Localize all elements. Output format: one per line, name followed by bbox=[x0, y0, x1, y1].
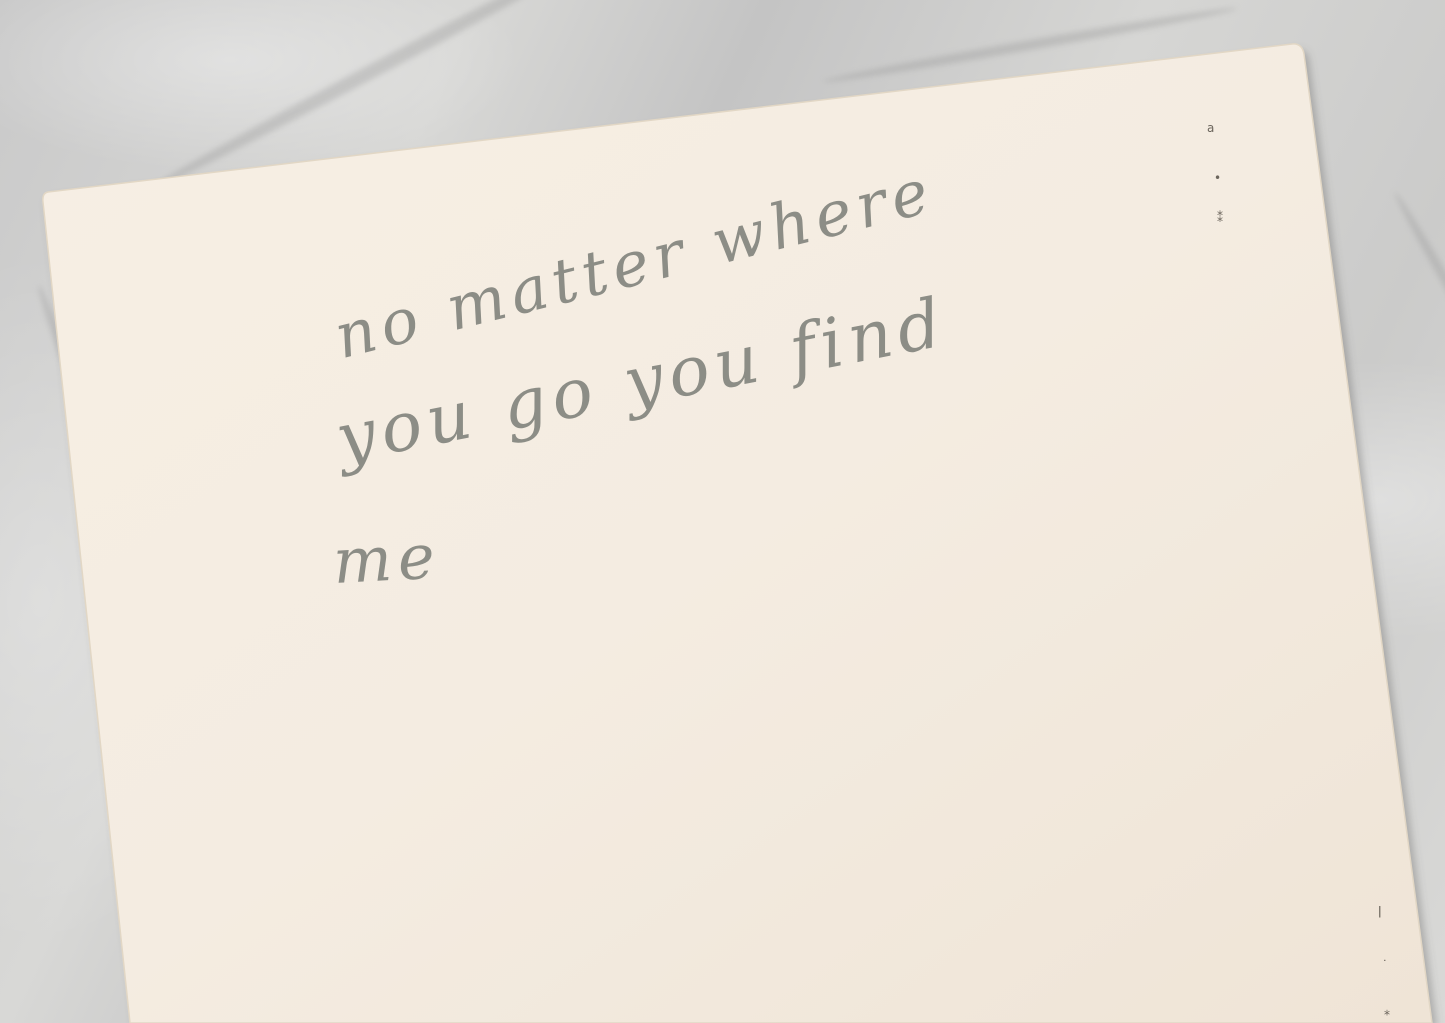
pencil-mark: ᐧ bbox=[1383, 955, 1386, 967]
pencil-mark: ⁎ bbox=[1384, 1005, 1390, 1017]
pencil-mark: • bbox=[1214, 172, 1221, 184]
pencil-mark: ǀ bbox=[1378, 905, 1382, 917]
pencil-mark: a bbox=[1207, 122, 1214, 134]
handwriting-line-3: me bbox=[331, 519, 442, 598]
pencil-mark: ⁑ bbox=[1217, 212, 1223, 224]
handwritten-note: no matter where you go you find me bbox=[0, 0, 1445, 1023]
